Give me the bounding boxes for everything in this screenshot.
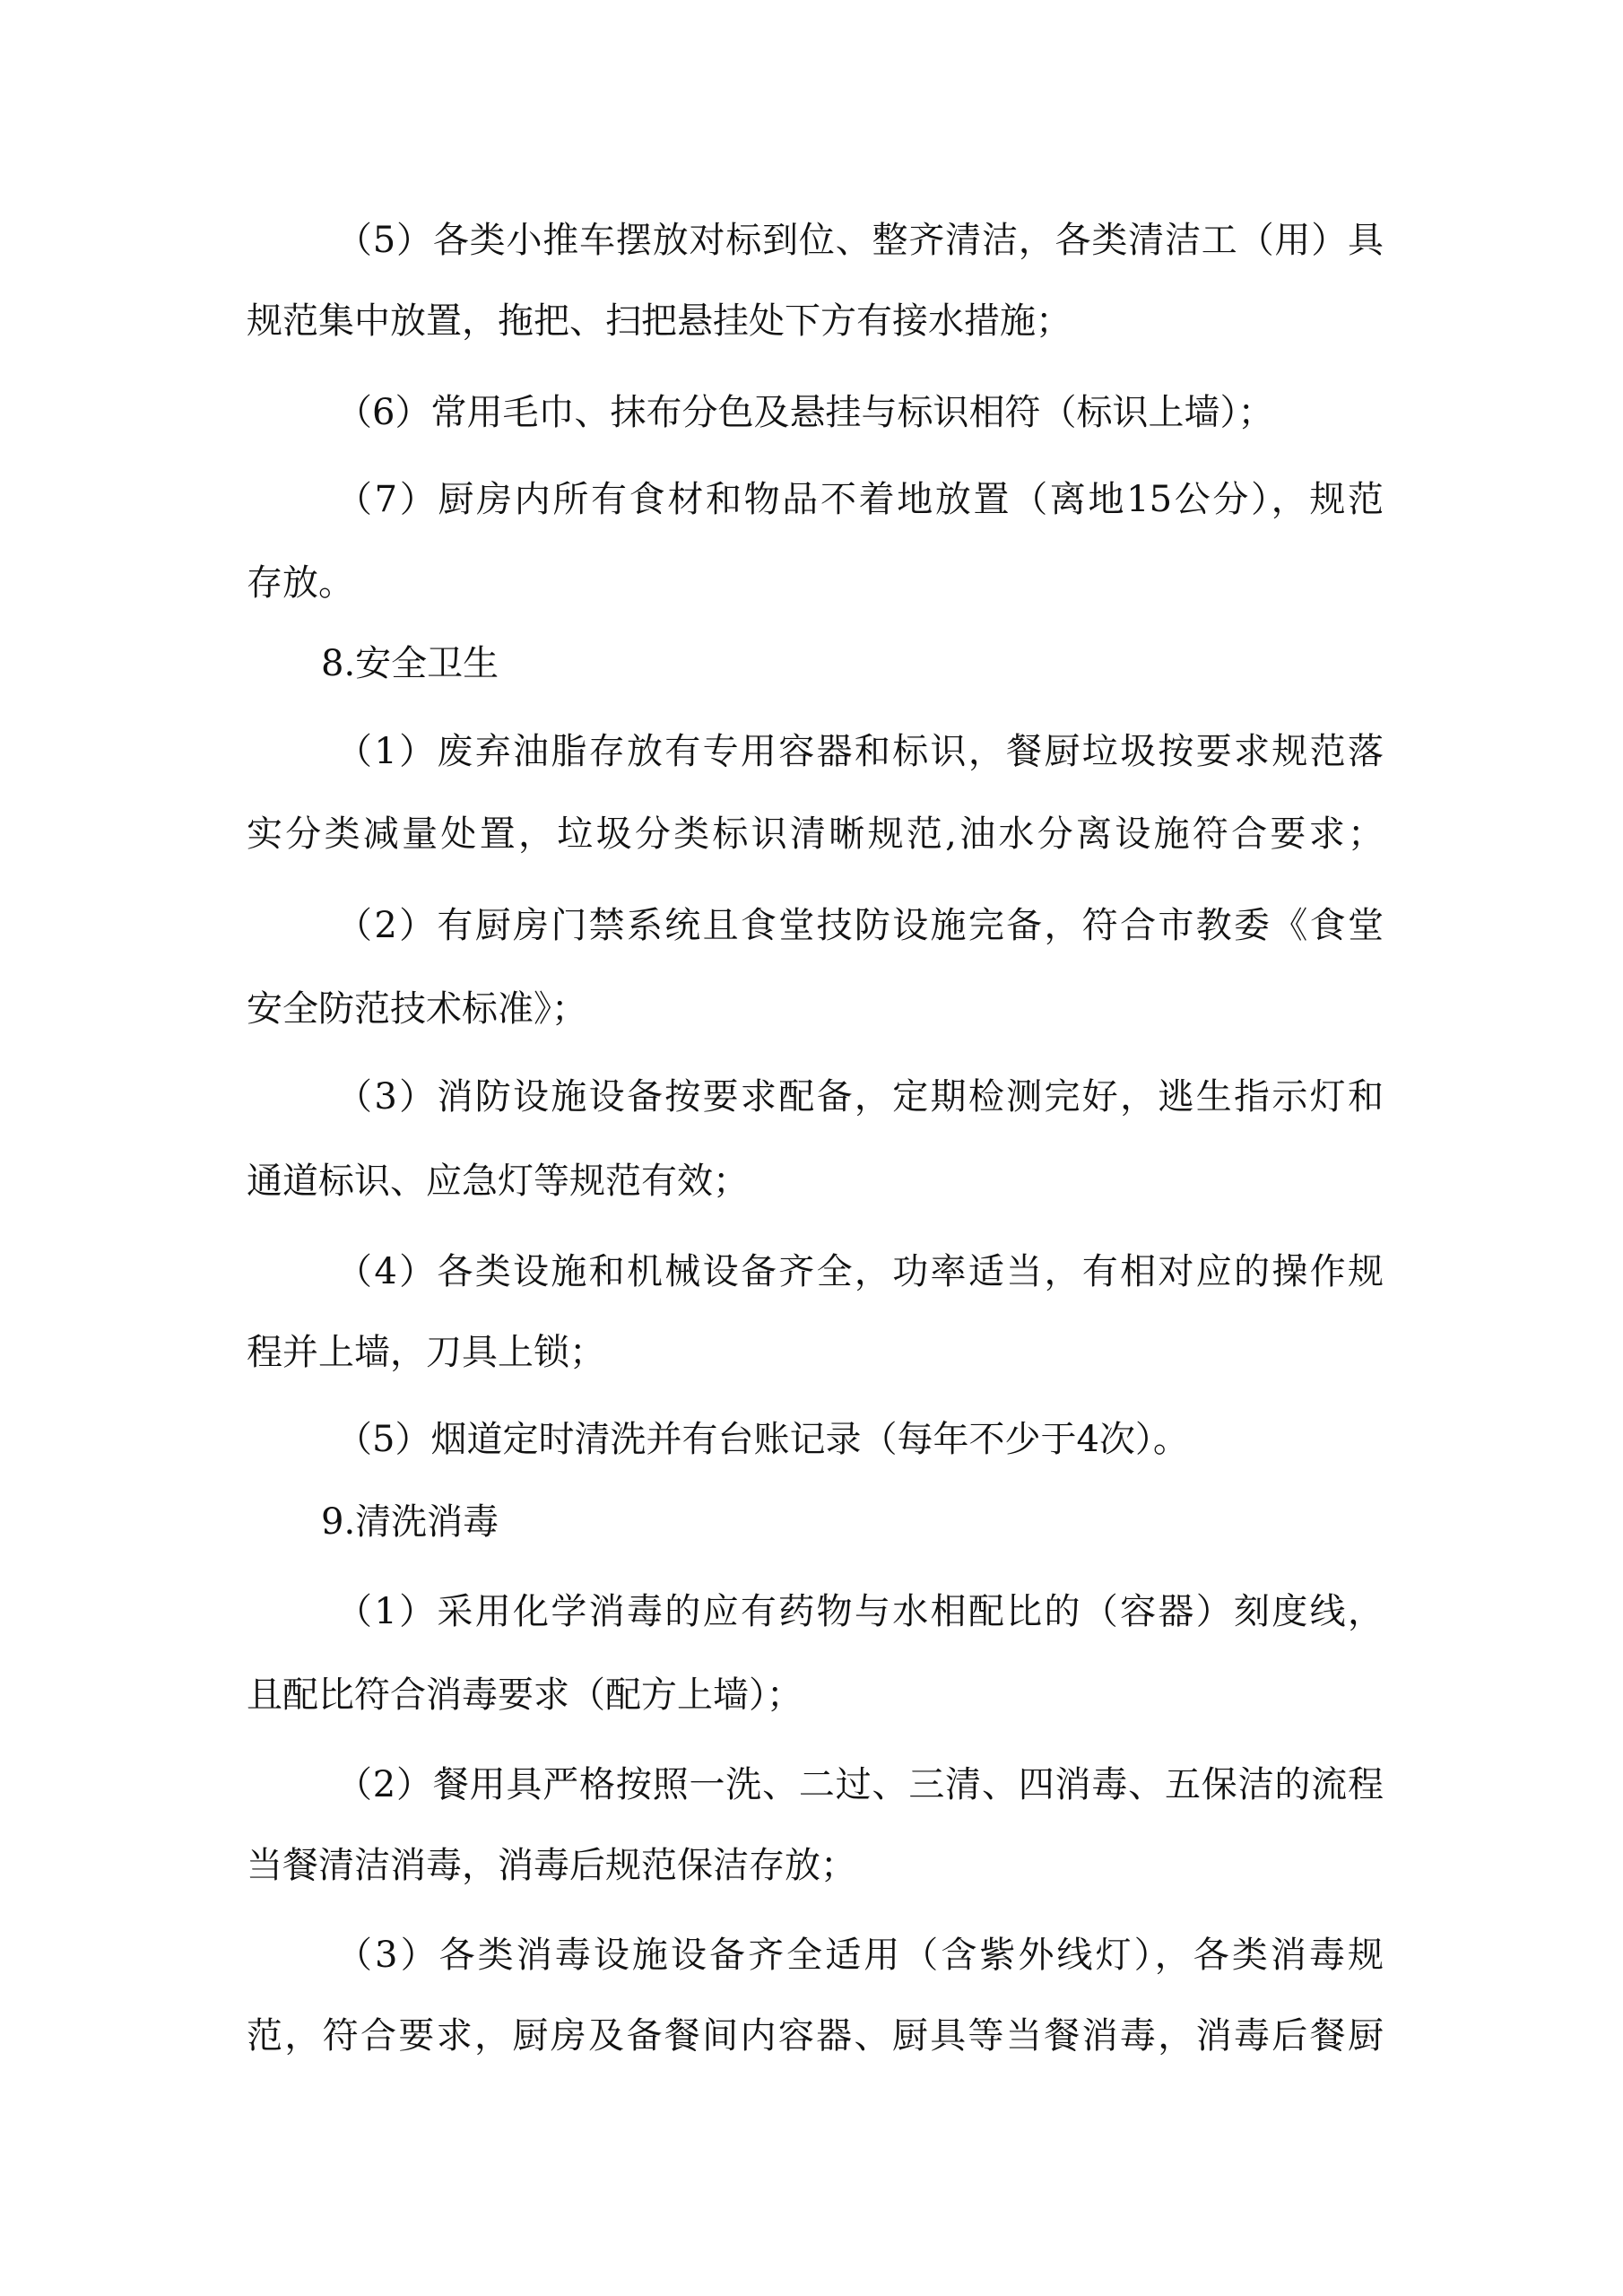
disinfection-item-2-line-1: （2）餐用具严格按照一洗、二过、三清、四消毒、五保洁的流程 (336, 1758, 1384, 1812)
disinfection-item-2-line-2: 当餐清洁消毒，消毒后规范保洁存放； (247, 1839, 1384, 1892)
safety-item-3-line-1: （3）消防设施设备按要求配备，定期检测完好，逃生指示灯和 (336, 1070, 1384, 1124)
disinfection-item-3-line-1: （3）各类消毒设施设备齐全适用（含紫外线灯），各类消毒规 (336, 1928, 1384, 1982)
item-7-storage-line-1: （7）厨房内所有食材和物品不着地放置（离地15公分），规范 (336, 473, 1384, 526)
item-6-towels: （6）常用毛巾、抹布分色及悬挂与标识相符（标识上墙）； (336, 386, 1384, 439)
disinfection-item-1-line-2: 且配比符合消毒要求（配方上墙）； (247, 1668, 1384, 1722)
section-heading-8-safety-hygiene: 8.安全卫生 (321, 637, 499, 691)
disinfection-item-3-line-2: 范，符合要求，厨房及备餐间内容器、厨具等当餐消毒，消毒后餐厨 (247, 2009, 1384, 2063)
safety-item-5: （5）烟道定时清洗并有台账记录（每年不少于4次）。 (336, 1413, 1384, 1466)
safety-item-1-line-2: 实分类减量处置，垃圾分类标识清晰规范,油水分离设施符合要求； (247, 807, 1384, 861)
safety-item-3-line-2: 通道标识、应急灯等规范有效； (247, 1154, 1384, 1208)
safety-item-1-line-1: （1）废弃油脂存放有专用容器和标识，餐厨垃圾按要求规范落 (336, 725, 1384, 778)
section-heading-9-cleaning-disinfection: 9.清洗消毒 (321, 1495, 499, 1549)
item-7-storage-line-2: 存放。 (247, 556, 1384, 610)
safety-item-4-line-2: 程并上墙，刀具上锁； (247, 1326, 1384, 1379)
disinfection-item-1-line-1: （1）采用化学消毒的应有药物与水相配比的（容器）刻度线， (336, 1585, 1384, 1639)
safety-item-2-line-2: 安全防范技术标准》； (247, 982, 1384, 1036)
item-5-trolleys-line-2: 规范集中放置，拖把、扫把悬挂处下方有接水措施； (247, 294, 1384, 348)
safety-item-4-line-1: （4）各类设施和机械设备齐全，功率适当，有相对应的操作规 (336, 1245, 1384, 1299)
document-page: （5）各类小推车摆放对标到位、整齐清洁，各类清洁工（用）具 规范集中放置，拖把、… (0, 0, 1623, 2296)
item-5-trolleys-line-1: （5）各类小推车摆放对标到位、整齐清洁，各类清洁工（用）具 (336, 213, 1384, 267)
safety-item-2-line-1: （2）有厨房门禁系统且食堂技防设施完备，符合市教委《食堂 (336, 899, 1384, 952)
